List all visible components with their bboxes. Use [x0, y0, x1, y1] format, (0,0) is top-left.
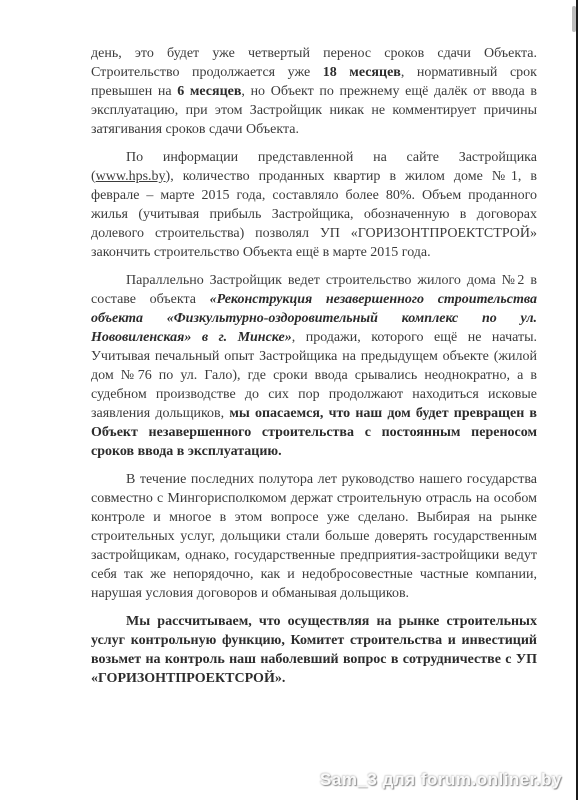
scan-edge-line: [576, 0, 578, 800]
paragraph: По информации представленной на сайте За…: [91, 148, 537, 262]
text-run: 18 месяцев: [323, 65, 401, 80]
paragraph: Мы рассчитываем, что осуществляя на рынк…: [91, 612, 537, 688]
paragraph: день, это будет уже четвертый перенос ср…: [91, 44, 537, 139]
paragraph: В течение последних полутора лет руковод…: [91, 470, 537, 603]
document-body: день, это будет уже четвертый перенос ср…: [91, 44, 537, 697]
text-run: В течение последних полутора лет руковод…: [91, 472, 537, 601]
url-text: www.hps.by: [96, 169, 166, 184]
text-run: 6 месяцев: [177, 84, 241, 99]
text-run: Мы рассчитываем, что осуществляя на рынк…: [91, 614, 537, 686]
paragraph: Параллельно Застройщик ведет строительст…: [91, 271, 537, 461]
scanned-document-page: день, это будет уже четвертый перенос ср…: [0, 0, 581, 800]
watermark: Sam_3 для forum.onliner.by: [320, 770, 562, 790]
